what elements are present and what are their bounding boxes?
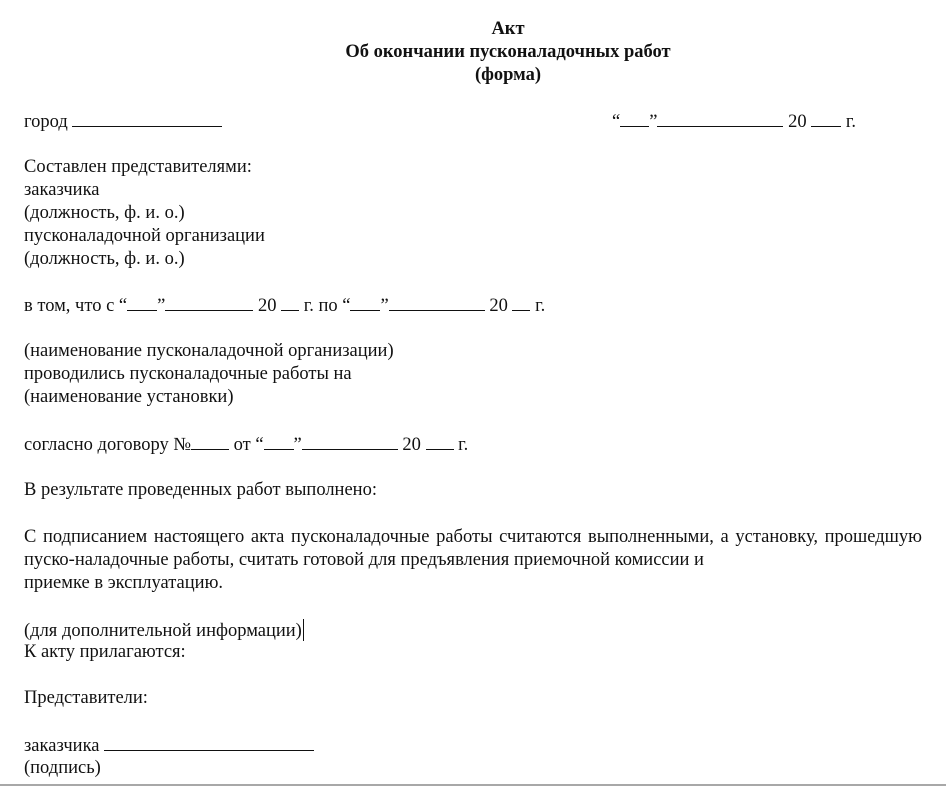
period-start-day-blank[interactable] (127, 295, 157, 311)
signature-hint: (подпись) (24, 758, 101, 779)
contract-number-blank[interactable] (191, 434, 229, 450)
year-blank[interactable] (811, 111, 841, 127)
doc-title-subject: Об окончании пусконаладочных работ (0, 42, 946, 63)
month-blank[interactable] (657, 111, 783, 127)
works-performed-on: проводились пусконаладочные работы на (24, 364, 352, 385)
compiled-by: Составлен представителями: (24, 157, 252, 178)
document-page: Акт Об окончании пусконаладочных работ (… (0, 0, 946, 786)
commissioning-org-label: пусконаладочной организации (24, 226, 265, 247)
additional-info-hint: (для дополнительной информации) (24, 621, 302, 641)
contract-year-blank[interactable] (426, 434, 454, 450)
additional-info-line[interactable]: (для дополнительной информации) (24, 619, 304, 642)
installation-name-hint: (наименование установки) (24, 387, 234, 408)
contract-day-blank[interactable] (264, 434, 294, 450)
attachments-label: К акту прилагаются: (24, 642, 186, 663)
period-end-month-blank[interactable] (389, 295, 485, 311)
main-paragraph: С подписанием настоящего акта пусконалад… (24, 526, 922, 595)
doc-title-form: (форма) (0, 65, 946, 86)
date-line: “” 20 г. (612, 111, 856, 133)
customer-signature-blank[interactable] (104, 735, 314, 751)
city-line: город (24, 111, 222, 133)
period-start-month-blank[interactable] (165, 295, 253, 311)
day-blank[interactable] (620, 111, 649, 127)
main-paragraph-last-line: приемке в эксплуатацию. (24, 572, 922, 595)
results-label: В результате проведенных работ выполнено… (24, 480, 377, 501)
contract-line: согласно договору № от “” 20 г. (24, 434, 468, 456)
period-line: в том, что с “” 20 г. по “” 20 г. (24, 295, 545, 317)
city-blank[interactable] (72, 111, 222, 127)
position-hint-2: (должность, ф. и. о.) (24, 249, 185, 270)
period-end-day-blank[interactable] (350, 295, 380, 311)
period-start-year-blank[interactable] (281, 295, 299, 311)
position-hint-1: (должность, ф. и. о.) (24, 203, 185, 224)
main-paragraph-body: С подписанием настоящего акта пусконалад… (24, 527, 922, 570)
customer-label: заказчика (24, 180, 100, 201)
customer-signature-line: заказчика (24, 735, 314, 757)
text-cursor (303, 619, 304, 641)
city-label: город (24, 112, 68, 132)
doc-title-act: Акт (0, 19, 946, 40)
representatives-label: Представители: (24, 688, 148, 709)
org-name-hint: (наименование пусконаладочной организаци… (24, 341, 394, 362)
contract-month-blank[interactable] (302, 434, 398, 450)
period-end-year-blank[interactable] (512, 295, 530, 311)
